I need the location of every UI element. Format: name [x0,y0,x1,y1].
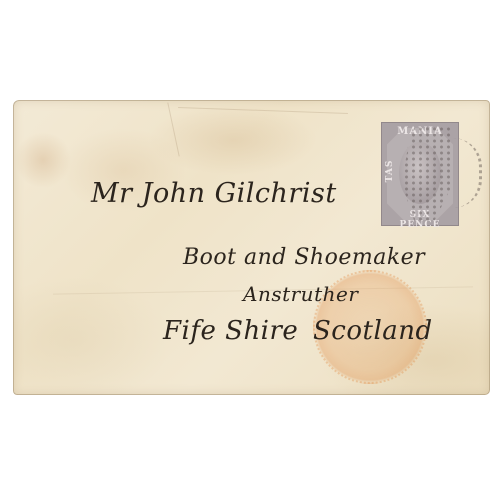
cancellation-arc [453,138,482,208]
addressee-shire: Fife Shire [163,316,298,346]
envelope: MANIA TAS SIX PENCE Mr John Gilchrist Bo… [13,100,490,395]
postage-stamp: MANIA TAS SIX PENCE [381,122,459,226]
paper-crease [178,107,348,114]
canvas: MANIA TAS SIX PENCE Mr John Gilchrist Bo… [0,0,500,500]
addressee-town: Anstruther [243,282,358,306]
addressee-country: Scotland [313,316,433,346]
stamp-country-left: TAS [385,148,395,194]
addressee-occupation: Boot and Shoemaker [183,245,425,270]
paper-crease [167,102,179,156]
addressee-name: Mr John Gilchrist [91,178,337,209]
